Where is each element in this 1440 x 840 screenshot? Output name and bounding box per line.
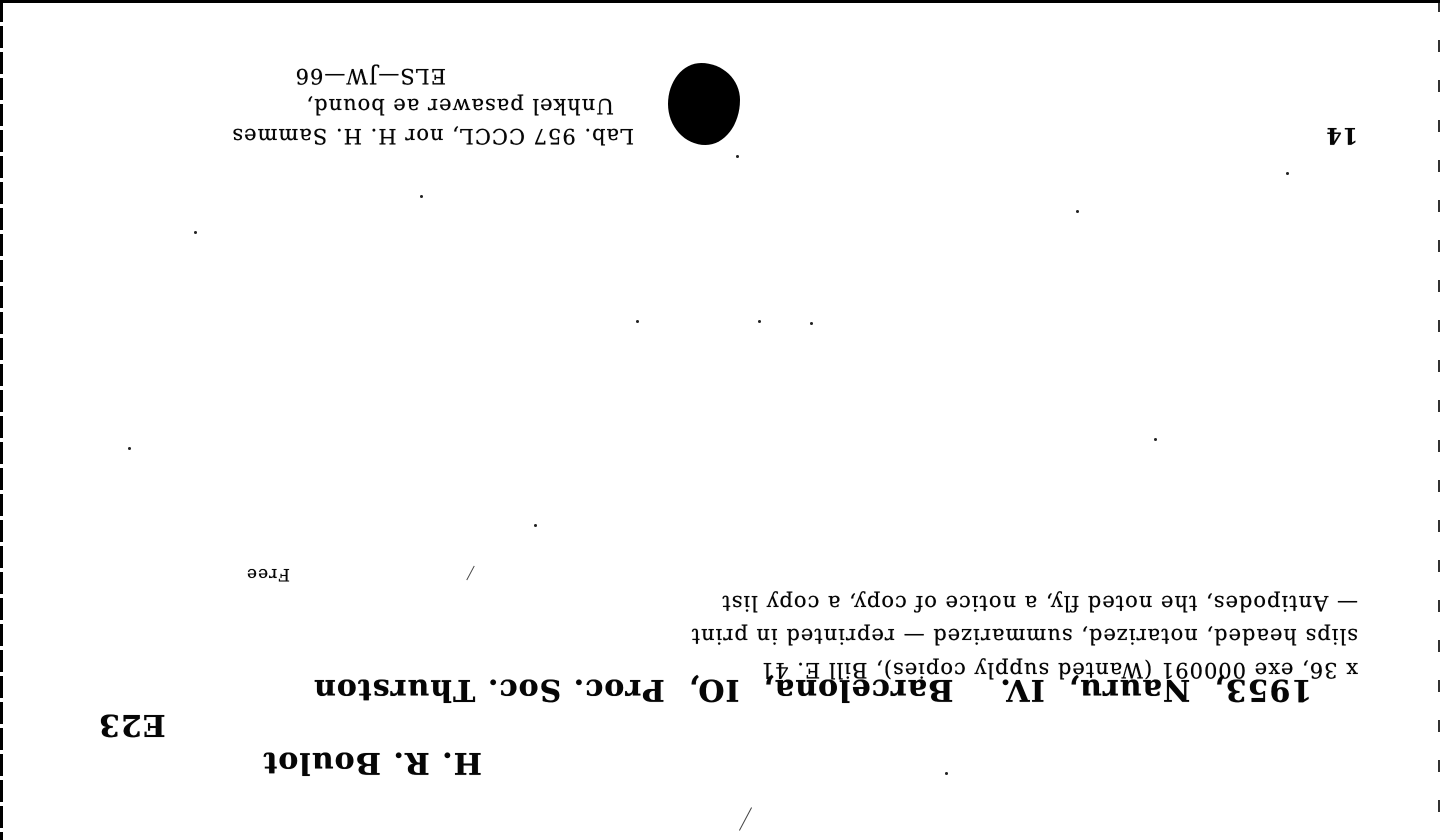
card-reference: E23 xyxy=(98,707,166,742)
scan-speck xyxy=(128,447,131,450)
scan-speck xyxy=(636,320,639,323)
card-author: H. R. Boulot xyxy=(263,745,483,780)
scan-speck xyxy=(1154,438,1157,441)
scan-speck xyxy=(1076,210,1079,213)
footer-line-3: ELS—JW—66 xyxy=(295,64,446,88)
scan-speck xyxy=(1286,172,1289,175)
scan-speck xyxy=(945,772,948,775)
footer-line-1: Lab. 957 CCCL, nor H. H. Sammes xyxy=(231,124,634,148)
scan-speck xyxy=(758,320,761,323)
note-label: Free xyxy=(246,564,290,584)
description-line-3: — Antipodes, the noted fly, a notice of … xyxy=(721,591,1358,615)
card-number: 14 xyxy=(1325,122,1358,148)
scan-speck xyxy=(810,322,813,325)
description-line-1: x 36, exe 000091 (Wanted supply copies),… xyxy=(760,658,1358,682)
description-line-2: slips headed, notarized, summarized — re… xyxy=(691,624,1358,648)
scan-speck xyxy=(534,524,537,527)
scan-speck xyxy=(420,195,423,198)
scan-speck xyxy=(194,231,197,234)
scan-speck xyxy=(736,155,739,158)
footer-line-2: Unhkel pasawer ae bound, xyxy=(305,94,614,118)
